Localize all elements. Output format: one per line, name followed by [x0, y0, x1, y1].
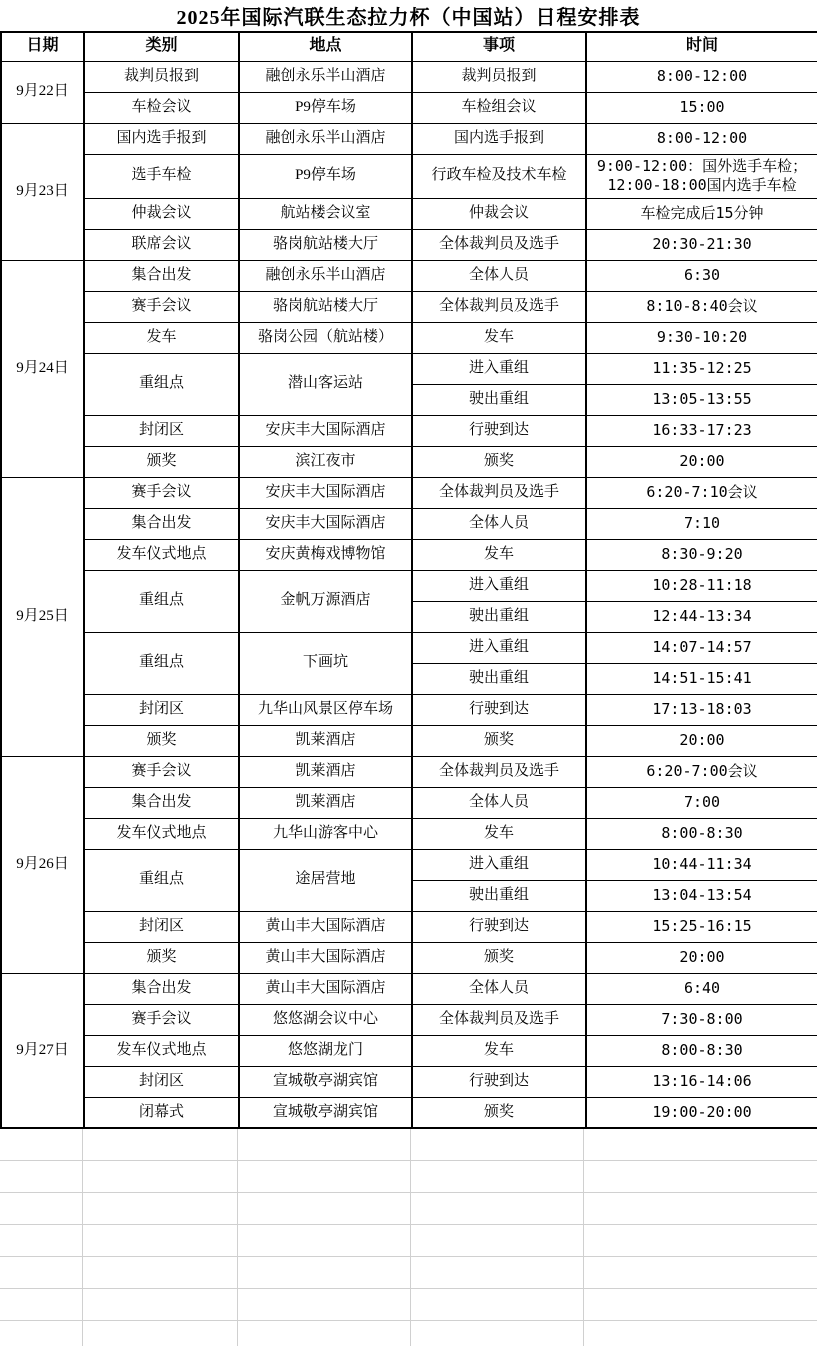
time-cell: 14:07-14:57 [586, 632, 817, 663]
location-cell: 悠悠湖龙门 [239, 1035, 412, 1066]
location-cell: 潜山客运站 [239, 353, 412, 415]
event-cell: 颁奖 [412, 942, 586, 973]
time-cell: 17:13-18:03 [586, 694, 817, 725]
category-cell: 发车仪式地点 [84, 539, 239, 570]
event-cell: 行驶到达 [412, 415, 586, 446]
time-cell: 6:20-7:10会议 [586, 477, 817, 508]
empty-grid-vertical-line [237, 1129, 238, 1346]
col-header-category: 类别 [84, 32, 239, 61]
category-cell: 赛手会议 [84, 477, 239, 508]
time-cell: 20:00 [586, 446, 817, 477]
category-cell: 封闭区 [84, 415, 239, 446]
schedule-row: 颁奖黄山丰大国际酒店颁奖20:00 [1, 942, 817, 973]
schedule-row: 重组点途居营地进入重组10:44-11:34 [1, 849, 817, 880]
category-cell: 发车仪式地点 [84, 818, 239, 849]
schedule-row: 9月24日集合出发融创永乐半山酒店全体人员6:30 [1, 260, 817, 291]
event-cell: 行政车检及技术车检 [412, 154, 586, 198]
time-cell: 16:33-17:23 [586, 415, 817, 446]
col-header-location: 地点 [239, 32, 412, 61]
location-cell: 下画坑 [239, 632, 412, 694]
time-cell: 6:20-7:00会议 [586, 756, 817, 787]
category-cell: 赛手会议 [84, 291, 239, 322]
event-cell: 行驶到达 [412, 911, 586, 942]
event-cell: 车检组会议 [412, 92, 586, 123]
schedule-row: 仲裁会议航站楼会议室仲裁会议车检完成后15分钟 [1, 198, 817, 229]
location-cell: 凯莱酒店 [239, 725, 412, 756]
page-title: 2025年国际汽联生态拉力杯（中国站）日程安排表 [0, 0, 817, 31]
schedule-row: 集合出发安庆丰大国际酒店全体人员7:10 [1, 508, 817, 539]
date-cell: 9月22日 [1, 61, 84, 123]
schedule-row: 发车骆岗公园（航站楼）发车9:30-10:20 [1, 322, 817, 353]
time-cell: 20:00 [586, 725, 817, 756]
category-cell: 重组点 [84, 353, 239, 415]
time-cell: 14:51-15:41 [586, 663, 817, 694]
location-cell: 安庆丰大国际酒店 [239, 415, 412, 446]
date-cell: 9月26日 [1, 756, 84, 973]
event-cell: 发车 [412, 1035, 586, 1066]
category-cell: 封闭区 [84, 694, 239, 725]
category-cell: 车检会议 [84, 92, 239, 123]
event-cell: 全体裁判员及选手 [412, 229, 586, 260]
schedule-row: 封闭区宣城敬亭湖宾馆行驶到达13:16-14:06 [1, 1066, 817, 1097]
time-cell: 8:00-12:00 [586, 61, 817, 92]
time-cell: 8:00-8:30 [586, 1035, 817, 1066]
event-cell: 裁判员报到 [412, 61, 586, 92]
schedule-row: 封闭区黄山丰大国际酒店行驶到达15:25-16:15 [1, 911, 817, 942]
location-cell: 九华山游客中心 [239, 818, 412, 849]
time-cell: 6:40 [586, 973, 817, 1004]
event-cell: 进入重组 [412, 849, 586, 880]
time-cell: 15:00 [586, 92, 817, 123]
category-cell: 发车仪式地点 [84, 1035, 239, 1066]
schedule-row: 选手车检P9停车场行政车检及技术车检9:00-12:00：国外选手车检；12:0… [1, 154, 817, 198]
category-cell: 仲裁会议 [84, 198, 239, 229]
empty-grid-vertical-line [82, 1129, 83, 1346]
event-cell: 全体人员 [412, 508, 586, 539]
time-cell: 8:00-8:30 [586, 818, 817, 849]
time-cell: 7:30-8:00 [586, 1004, 817, 1035]
time-cell: 车检完成后15分钟 [586, 198, 817, 229]
category-cell: 裁判员报到 [84, 61, 239, 92]
location-cell: 凯莱酒店 [239, 787, 412, 818]
category-cell: 闭幕式 [84, 1097, 239, 1128]
location-cell: 黄山丰大国际酒店 [239, 973, 412, 1004]
time-cell: 13:16-14:06 [586, 1066, 817, 1097]
schedule-row: 发车仪式地点安庆黄梅戏博物馆发车8:30-9:20 [1, 539, 817, 570]
col-header-time: 时间 [586, 32, 817, 61]
location-cell: 悠悠湖会议中心 [239, 1004, 412, 1035]
time-cell: 15:25-16:15 [586, 911, 817, 942]
event-cell: 发车 [412, 539, 586, 570]
time-cell: 8:00-12:00 [586, 123, 817, 154]
event-cell: 全体裁判员及选手 [412, 1004, 586, 1035]
event-cell: 驶出重组 [412, 663, 586, 694]
schedule-row: 发车仪式地点九华山游客中心发车8:00-8:30 [1, 818, 817, 849]
category-cell: 赛手会议 [84, 756, 239, 787]
event-cell: 国内选手报到 [412, 123, 586, 154]
category-cell: 封闭区 [84, 1066, 239, 1097]
event-cell: 行驶到达 [412, 694, 586, 725]
event-cell: 驶出重组 [412, 384, 586, 415]
schedule-row: 9月25日赛手会议安庆丰大国际酒店全体裁判员及选手6:20-7:10会议 [1, 477, 817, 508]
schedule-row: 颁奖凯莱酒店颁奖20:00 [1, 725, 817, 756]
schedule-row: 重组点金帆万源酒店进入重组10:28-11:18 [1, 570, 817, 601]
category-cell: 集合出发 [84, 508, 239, 539]
date-cell: 9月24日 [1, 260, 84, 477]
event-cell: 全体人员 [412, 973, 586, 1004]
category-cell: 颁奖 [84, 446, 239, 477]
schedule-row: 封闭区九华山风景区停车场行驶到达17:13-18:03 [1, 694, 817, 725]
location-cell: 九华山风景区停车场 [239, 694, 412, 725]
category-cell: 国内选手报到 [84, 123, 239, 154]
time-cell: 13:05-13:55 [586, 384, 817, 415]
event-cell: 发车 [412, 818, 586, 849]
time-cell: 20:00 [586, 942, 817, 973]
location-cell: 金帆万源酒店 [239, 570, 412, 632]
event-cell: 仲裁会议 [412, 198, 586, 229]
category-cell: 联席会议 [84, 229, 239, 260]
category-cell: 重组点 [84, 849, 239, 911]
time-cell: 9:00-12:00：国外选手车检；12:00-18:00国内选手车检 [586, 154, 817, 198]
time-cell: 7:00 [586, 787, 817, 818]
time-cell: 10:28-11:18 [586, 570, 817, 601]
location-cell: 途居营地 [239, 849, 412, 911]
location-cell: 航站楼会议室 [239, 198, 412, 229]
schedule-row: 9月27日集合出发黄山丰大国际酒店全体人员6:40 [1, 973, 817, 1004]
category-cell: 赛手会议 [84, 1004, 239, 1035]
event-cell: 驶出重组 [412, 880, 586, 911]
time-cell: 8:10-8:40会议 [586, 291, 817, 322]
schedule-row: 赛手会议悠悠湖会议中心全体裁判员及选手7:30-8:00 [1, 1004, 817, 1035]
empty-grid-vertical-line [583, 1129, 584, 1346]
schedule-row: 重组点下画坑进入重组14:07-14:57 [1, 632, 817, 663]
location-cell: 融创永乐半山酒店 [239, 260, 412, 291]
schedule-row: 集合出发凯莱酒店全体人员7:00 [1, 787, 817, 818]
location-cell: 融创永乐半山酒店 [239, 61, 412, 92]
time-cell: 9:30-10:20 [586, 322, 817, 353]
time-cell: 20:30-21:30 [586, 229, 817, 260]
event-cell: 颁奖 [412, 725, 586, 756]
schedule-row: 颁奖滨江夜市颁奖20:00 [1, 446, 817, 477]
schedule-row: 赛手会议骆岗航站楼大厅全体裁判员及选手8:10-8:40会议 [1, 291, 817, 322]
schedule-row: 封闭区安庆丰大国际酒店行驶到达16:33-17:23 [1, 415, 817, 446]
schedule-row: 9月23日国内选手报到融创永乐半山酒店国内选手报到8:00-12:00 [1, 123, 817, 154]
schedule-row: 闭幕式宣城敬亭湖宾馆颁奖19:00-20:00 [1, 1097, 817, 1128]
category-cell: 发车 [84, 322, 239, 353]
event-cell: 全体人员 [412, 787, 586, 818]
location-cell: 骆岗航站楼大厅 [239, 291, 412, 322]
location-cell: 宣城敬亭湖宾馆 [239, 1097, 412, 1128]
location-cell: P9停车场 [239, 92, 412, 123]
event-cell: 全体裁判员及选手 [412, 756, 586, 787]
location-cell: 宣城敬亭湖宾馆 [239, 1066, 412, 1097]
empty-grid-vertical-line [410, 1129, 411, 1346]
event-cell: 进入重组 [412, 632, 586, 663]
location-cell: 黄山丰大国际酒店 [239, 942, 412, 973]
schedule-row: 联席会议骆岗航站楼大厅全体裁判员及选手20:30-21:30 [1, 229, 817, 260]
category-cell: 重组点 [84, 570, 239, 632]
location-cell: 骆岗航站楼大厅 [239, 229, 412, 260]
location-cell: 安庆丰大国际酒店 [239, 477, 412, 508]
col-header-event: 事项 [412, 32, 586, 61]
schedule-row: 9月22日裁判员报到融创永乐半山酒店裁判员报到8:00-12:00 [1, 61, 817, 92]
location-cell: 安庆黄梅戏博物馆 [239, 539, 412, 570]
location-cell: P9停车场 [239, 154, 412, 198]
time-cell: 8:30-9:20 [586, 539, 817, 570]
location-cell: 融创永乐半山酒店 [239, 123, 412, 154]
schedule-row: 车检会议P9停车场车检组会议15:00 [1, 92, 817, 123]
location-cell: 凯莱酒店 [239, 756, 412, 787]
event-cell: 全体裁判员及选手 [412, 291, 586, 322]
event-cell: 全体裁判员及选手 [412, 477, 586, 508]
date-cell: 9月23日 [1, 123, 84, 260]
time-cell: 7:10 [586, 508, 817, 539]
schedule-row: 9月26日赛手会议凯莱酒店全体裁判员及选手6:20-7:00会议 [1, 756, 817, 787]
category-cell: 颁奖 [84, 725, 239, 756]
header-row: 日期类别地点事项时间 [1, 32, 817, 61]
category-cell: 集合出发 [84, 973, 239, 1004]
event-cell: 行驶到达 [412, 1066, 586, 1097]
category-cell: 重组点 [84, 632, 239, 694]
location-cell: 滨江夜市 [239, 446, 412, 477]
category-cell: 集合出发 [84, 787, 239, 818]
schedule-row: 重组点潜山客运站进入重组11:35-12:25 [1, 353, 817, 384]
event-cell: 颁奖 [412, 446, 586, 477]
time-cell: 19:00-20:00 [586, 1097, 817, 1128]
time-cell: 10:44-11:34 [586, 849, 817, 880]
time-cell: 12:44-13:34 [586, 601, 817, 632]
event-cell: 进入重组 [412, 353, 586, 384]
event-cell: 全体人员 [412, 260, 586, 291]
category-cell: 封闭区 [84, 911, 239, 942]
time-cell: 6:30 [586, 260, 817, 291]
schedule-row: 发车仪式地点悠悠湖龙门发车8:00-8:30 [1, 1035, 817, 1066]
category-cell: 选手车检 [84, 154, 239, 198]
time-cell: 11:35-12:25 [586, 353, 817, 384]
location-cell: 黄山丰大国际酒店 [239, 911, 412, 942]
col-header-date: 日期 [1, 32, 84, 61]
event-cell: 进入重组 [412, 570, 586, 601]
location-cell: 安庆丰大国际酒店 [239, 508, 412, 539]
date-cell: 9月27日 [1, 973, 84, 1128]
location-cell: 骆岗公园（航站楼） [239, 322, 412, 353]
category-cell: 颁奖 [84, 942, 239, 973]
category-cell: 集合出发 [84, 260, 239, 291]
event-cell: 颁奖 [412, 1097, 586, 1128]
date-cell: 9月25日 [1, 477, 84, 756]
schedule-table: 日期类别地点事项时间 9月22日裁判员报到融创永乐半山酒店裁判员报到8:00-1… [0, 31, 817, 1129]
time-cell: 13:04-13:54 [586, 880, 817, 911]
empty-grid-area [0, 1129, 817, 1346]
event-cell: 发车 [412, 322, 586, 353]
event-cell: 驶出重组 [412, 601, 586, 632]
